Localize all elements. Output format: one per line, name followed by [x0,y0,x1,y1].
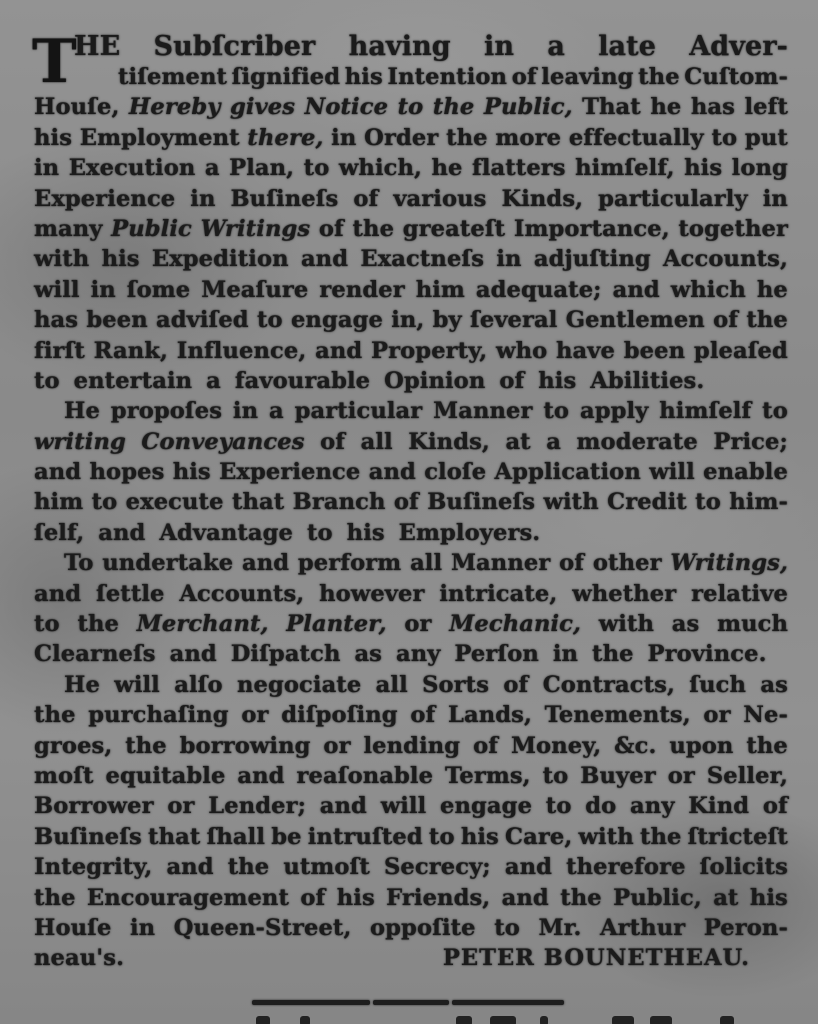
word: have [556,336,615,366]
word: therefore [566,852,685,882]
divider-rule [252,1000,370,1005]
word: will [114,670,160,700]
word: and [320,791,367,821]
text-line: moſtequitableandreaſonableTerms,toBuyero… [34,761,788,791]
word: and [505,852,552,882]
italic-word: writing [34,427,126,457]
text-segment: ſelf, and Advantage to his Employers. [34,518,540,548]
italic-word: the [433,92,475,122]
word: has [34,305,78,335]
word: leaving [541,62,633,92]
italic-word: there, [247,123,323,153]
word: negociate [237,670,361,700]
word: Houſe [34,913,111,943]
text-segment: Clearneſs and Diſpatch as any Perſon in … [34,639,767,669]
word: his [461,822,499,852]
word: all [410,548,442,578]
word: to [257,305,283,335]
word: Encouragement [87,883,289,913]
text-line: totheMerchant,Planter,orMechanic,withasm… [34,609,788,639]
word: Experience [34,184,175,214]
word: reaſonable [297,761,434,791]
word: in [233,396,258,426]
word: in, [391,305,424,335]
word: a [269,396,284,426]
word: will [381,791,427,821]
word: Employment [80,123,240,153]
word: of [713,305,738,335]
word: engage [440,791,532,821]
word: a [546,427,561,457]
word: Property, [371,336,487,366]
word: enable [703,457,788,487]
word: the [77,609,119,639]
text-line: thepurchaſingordiſpoſingofLands,Tenement… [34,700,788,730]
word: greateſt [403,214,505,244]
text-line: HepropoſesinaparticularMannertoapplyhimſ… [34,396,788,426]
word: of [473,731,498,761]
word: purchaſing [88,700,228,730]
word: relative [691,579,788,609]
word: apply [580,396,648,426]
word: been [624,336,685,366]
word: who [496,336,547,366]
word: various [393,184,486,214]
word: left [744,92,788,122]
word: of [394,487,419,517]
word: of [763,791,788,821]
word: Seller, [707,761,788,791]
word: Borrower [34,791,154,821]
word: Kinds, [408,427,490,457]
text-line: Integrity,andtheutmoſtSecrecy;andtherefo… [34,852,788,882]
word: Buſineſs [427,487,535,517]
word: Price; [713,427,788,457]
word: Intention [387,62,507,92]
text-line: withhisExpeditionandExactneſsinadjuſting… [34,244,788,274]
word: Ne- [743,700,788,730]
word: ſhall [207,822,265,852]
word: however [319,579,424,609]
italic-word: Public [111,214,192,244]
word: his [34,123,72,153]
word: as [760,670,788,700]
word: Lender; [208,791,306,821]
word: adjuſting [534,244,651,274]
advertisement: T HESubſcriberhavinginalateAdver- tiſeme… [34,28,788,974]
word: of [300,883,325,913]
word: Adver- [689,32,788,62]
word: his [345,62,383,92]
word: Queen-Street, [174,913,352,943]
word: the [560,883,602,913]
text-line: hasbeenadviſedtoengagein,byſeveralGentle… [34,305,788,335]
italic-word: Merchant, [137,609,269,639]
word: pleaſed [694,336,788,366]
word: Credit [607,487,687,517]
divider-rule [373,1000,449,1005]
word: with [543,487,598,517]
italic-word: Writings [201,214,311,244]
word: utmoſt [283,852,370,882]
word: as [672,609,700,639]
paragraph-2: HepropoſesinaparticularMannertoapplyhimſ… [34,396,788,548]
word: in [484,32,514,62]
word: ſome [127,275,190,305]
italic-word: Conveyances [141,427,304,457]
word: ſuch [689,670,746,700]
word: perform [298,548,401,578]
word: Expedition [152,244,289,274]
word: He [64,396,100,426]
italic-word: Public, [484,92,573,122]
word: to [762,396,788,426]
word: and [613,275,660,305]
italic-word: to [398,92,424,122]
word: HE [74,32,120,62]
word: Arthur [600,913,685,943]
italic-word: Writings, [670,548,788,578]
word: many [34,214,103,244]
word: or [323,731,350,761]
word: late [598,32,656,62]
word: cloſe [424,457,486,487]
word: alſo [174,670,222,700]
next-article-fragment [0,1012,818,1024]
text-line: Clearneſs and Diſpatch as any Perſon in … [34,639,788,669]
word: in [190,184,215,214]
word: do [585,791,616,821]
word: intricate, [439,579,557,609]
word: he [650,92,681,122]
word: engage [291,305,383,335]
word: undertake [102,548,233,578]
word: Terms, [445,761,531,791]
italic-word: Notice [305,92,388,122]
word: Care, [505,822,572,852]
word: other [593,548,662,578]
word: of [503,670,528,700]
word: whether [572,579,676,609]
word: or [241,700,268,730]
word: the [746,731,788,761]
word: execute [126,487,224,517]
word: Gentlemen [566,305,705,335]
word: that [232,487,284,517]
word: firſt [34,336,85,366]
word: Exactneſs [360,244,484,274]
word: oppoſite [370,913,476,943]
word: a [547,32,565,62]
word: together [678,214,788,244]
word: equitable [106,761,226,791]
word: put [745,123,788,153]
word: Buyer [580,761,655,791]
word: to [546,791,572,821]
word: or [167,791,194,821]
word: more [495,123,561,153]
word: to [304,153,330,183]
text-line: theEncouragementofhisFriends,andthePubli… [34,883,788,913]
word: to [711,123,737,153]
paragraph-1: HESubſcriberhavinginalateAdver- tiſement… [34,28,788,396]
word: him [34,487,83,517]
word: of [410,700,435,730]
word: his [684,153,722,183]
word: Buſineſs [230,184,338,214]
word: moderate [577,427,698,457]
word: himſelf [659,396,751,426]
word: and [242,548,289,578]
word: having [349,32,451,62]
word: and [34,579,81,609]
word: Manner [433,396,532,426]
word: and [301,244,348,274]
word: particular [295,396,423,426]
word: or [703,700,730,730]
text-segment: neau's. [34,943,124,973]
word: ſtricteſt [688,822,788,852]
word: Influence, [177,336,307,366]
text-line: andhopeshisExperienceandcloſeApplication… [34,457,788,487]
text-line: ToundertakeandperformallMannerofotherWri… [34,548,788,578]
word: all [376,670,408,700]
word: at [713,883,738,913]
word: Sorts [422,670,489,700]
word: will [649,457,695,487]
word: Accounts, [663,244,788,274]
word: he [757,275,788,305]
word: the [34,883,76,913]
word: and [34,457,81,487]
word: Integrity, [34,852,152,882]
word: with [578,822,633,852]
word: Buſineſs [34,822,142,852]
word: Execution [69,153,196,183]
word: the [746,305,788,335]
italic-word: Planter, [286,609,386,639]
word: in [34,153,59,183]
word: his [337,883,375,913]
word: Experience [219,457,360,487]
word: a [205,153,220,183]
text-line: hisEmploymentthere,inOrderthemoreeffectu… [34,123,788,153]
word: ſolicits [700,852,788,882]
word: long [732,153,788,183]
signature-line: neau's. PETER BOUNETHEAU. [34,943,788,973]
text-line: manyPublicWritingsofthegreateſtImportanc… [34,214,788,244]
word: Mr. [538,913,581,943]
word: borrowing [180,731,311,761]
word: his [750,883,788,913]
italic-word: Hereby [129,92,221,122]
word: in [130,913,155,943]
drop-cap: T [32,32,77,92]
word: in [91,275,116,305]
word: all [361,427,393,457]
word: the [228,852,270,882]
word: groes, [34,731,112,761]
word: in [496,244,521,274]
signature: PETER BOUNETHEAU. [443,943,788,973]
word: To [64,548,94,578]
word: Order [364,123,438,153]
italic-word: gives [230,92,295,122]
word: to [494,913,520,943]
text-line: willinſomeMeaſurerenderhimadequate;andwh… [34,275,788,305]
text-line: HewillalſonegociateallSortsofContracts,ſ… [34,670,788,700]
word: he [431,153,462,183]
word: and [369,457,416,487]
word: been [86,305,147,335]
word: to [429,822,455,852]
word: Tenements, [545,700,691,730]
word: particularly [598,184,748,214]
word: lending [363,731,460,761]
word: Lands, [448,700,532,730]
word: of [512,62,537,92]
word: Public, [613,883,702,913]
word: any [630,791,675,821]
text-line: himtoexecutethatBranchofBuſineſswithCred… [34,487,788,517]
word: and [315,336,362,366]
word: the [640,822,682,852]
word: the [125,731,167,761]
word: his [102,244,140,274]
word: to [92,487,118,517]
word: Subſcriber [154,32,316,62]
word: that [148,822,200,852]
word: flatters [472,153,566,183]
word: or [668,761,695,791]
text-line: HESubſcriberhavinginalateAdver- [34,28,788,62]
word: intruſted [308,822,423,852]
word: in [763,184,788,214]
word: Accounts, [179,579,304,609]
word: which [671,275,746,305]
word: Friends, [386,883,490,913]
word: and [166,852,213,882]
word: and [502,883,549,913]
word: adequate; [476,275,602,305]
text-line: ſelf, and Advantage to his Employers. [34,518,788,548]
word: upon [669,731,733,761]
word: Money, [511,731,601,761]
word: Plan, [229,153,294,183]
word: with [34,244,89,274]
word: at [505,427,530,457]
text-line: inExecutionaPlan,towhich,heflattershimſe… [34,153,788,183]
text-line: firſtRank,Influence,andProperty,whohaveb… [34,336,788,366]
word: ſeveral [470,305,557,335]
word: Cuſtom- [684,62,788,92]
word: Kinds, [501,184,583,214]
word: Manner [451,548,550,578]
word: Peron- [704,913,788,943]
word: which, [339,153,422,183]
word: moſt [34,761,94,791]
word: the [353,214,395,244]
word: Rank, [94,336,168,366]
text-line: Houſe,HerebygivesNoticetothePublic,Thath… [34,92,788,122]
word: Application [495,457,641,487]
word: tiſement [118,62,227,92]
word: adviſed [156,305,249,335]
word: or [404,609,431,639]
word: will [34,275,80,305]
word: of [319,214,344,244]
word: with [599,609,654,639]
divider-rule [452,1000,564,1005]
text-segment: to entertain a favourable Opinion of his… [34,366,704,396]
word: him- [729,487,788,517]
word: and [237,761,284,791]
paragraph-3: ToundertakeandperformallMannerofotherWri… [34,548,788,670]
word: Importance, [514,214,670,244]
text-line: groes,theborrowingorlendingofMoney,&c.up… [34,731,788,761]
text-line: writingConveyancesofallKinds,atamoderate… [34,427,788,457]
word: to [695,487,721,517]
word: the [446,123,488,153]
word: effectually [569,123,704,153]
section-divider [252,1000,564,1005]
paragraph-4: HewillalſonegociateallSortsofContracts,ſ… [34,670,788,974]
text-line: andſettleAccounts,howeverintricate,wheth… [34,579,788,609]
word: ſignified [232,62,341,92]
word: diſpoſing [281,700,397,730]
word: be [271,822,301,852]
word: much [717,609,788,639]
text-line: to entertain a favourable Opinion of his… [34,366,788,396]
word: of [320,427,345,457]
word: &c. [614,731,656,761]
word: Contracts, [543,670,675,700]
word: Kind [688,791,749,821]
word: the [34,700,76,730]
word: the [638,62,680,92]
word: of [353,184,378,214]
text-line: tiſementſignifiedhisIntentionofleavingth… [34,62,788,92]
word: his [173,457,211,487]
word: hopes [90,457,165,487]
word: Meaſure [201,275,308,305]
word: has [691,92,735,122]
word: Branch [293,487,386,517]
word: himſelf, [575,153,674,183]
word: That [582,92,641,122]
word: render [319,275,404,305]
text-line: HouſeinQueen-Street,oppoſitetoMr.ArthurP… [34,913,788,943]
text-line: ExperienceinBuſineſsofvariousKinds,parti… [34,184,788,214]
word: by [433,305,462,335]
word: to [34,609,60,639]
word: to [543,761,569,791]
italic-word: Mechanic, [449,609,581,639]
word: propoſes [111,396,222,426]
word: He [64,670,100,700]
word: to [543,396,569,426]
word: of [559,548,584,578]
text-line: BuſineſsthatſhallbeintruſtedtohisCare,wi… [34,822,788,852]
word: him [416,275,465,305]
text-line: BorrowerorLender;andwillengagetodoanyKin… [34,791,788,821]
word: Secrecy; [384,852,491,882]
word: ſettle [96,579,165,609]
word: in [331,123,356,153]
